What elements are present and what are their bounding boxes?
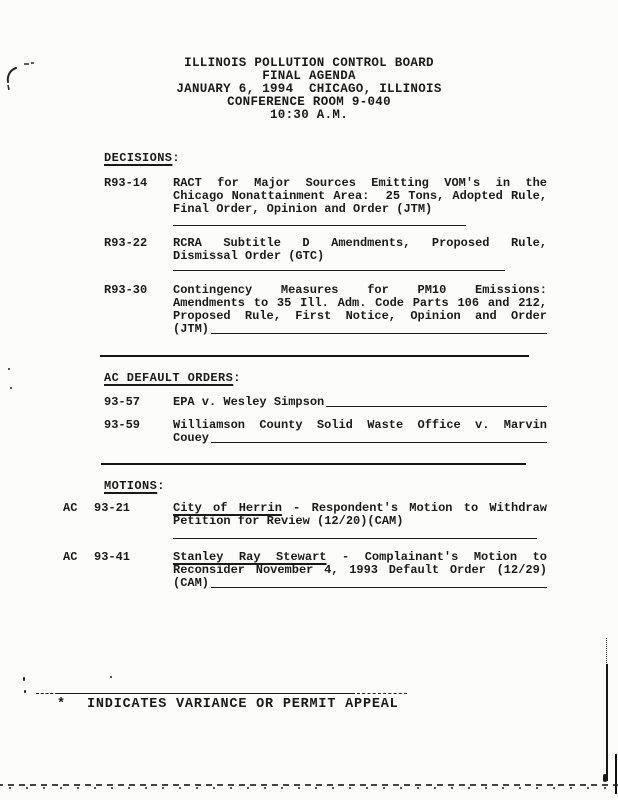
heading-colon: : (157, 479, 165, 493)
entry-description: RCRA Subtitle D Amendments, Proposed Rul… (173, 237, 547, 263)
case-type-code: AC (63, 502, 77, 515)
entry-line-text: EPA v. Wesley Simpson (173, 396, 324, 409)
scan-speck (110, 676, 112, 678)
footer-rule-dashes (357, 693, 407, 694)
entry-line-text: Couey (173, 432, 209, 445)
entry-line-text: (JTM) (173, 323, 209, 336)
entry-line: Reconsider November 4, 1993 Default Orde… (173, 564, 547, 577)
party-name: Stanley Ray Stewart (173, 550, 326, 564)
entry-signature-rule (211, 333, 547, 334)
docket-number: 93-21 (94, 502, 130, 515)
header-line: 10:30 A.M. (0, 109, 618, 122)
entry-description: EPA v. Wesley Simpson (173, 396, 547, 409)
case-type-code: AC (63, 551, 77, 564)
docket-number: R93-14 (104, 177, 147, 190)
entry-description: Contingency Measures for PM10 Emissions:… (173, 284, 547, 336)
entry-line: Proposed Rule, First Notice, Opinion and… (173, 310, 547, 323)
docket-number: R93-30 (104, 284, 147, 297)
entry-description: RACT for Major Sources Emitting VOM's in… (173, 177, 547, 216)
section-heading-ac-default-orders: AC DEFAULT ORDERS: (104, 372, 241, 385)
scan-speck (24, 690, 26, 693)
scan-noise-band (0, 784, 618, 790)
entry-line: Williamson County Solid Waste Office v. … (173, 419, 547, 432)
document-header: ILLINOIS POLLUTION CONTROL BOARD FINAL A… (0, 57, 618, 122)
agenda-document-page: ILLINOIS POLLUTION CONTROL BOARD FINAL A… (0, 0, 618, 800)
entry-line: Dismissal Order (GTC) (173, 250, 547, 263)
party-name: City of Herrin (173, 501, 282, 515)
entry-line: Final Order, Opinion and Order (JTM) (173, 203, 547, 216)
heading-text: DECISIONS (104, 151, 172, 165)
entry-signature-rule (173, 270, 505, 271)
entry-line: (CAM) (173, 577, 547, 590)
scan-speck (23, 677, 25, 681)
footer-rule (58, 693, 355, 694)
entry-description: City of Herrin - Respondent's Motion to … (173, 502, 547, 528)
heading-text: AC DEFAULT ORDERS (104, 371, 233, 385)
scan-speck (10, 387, 12, 389)
entry-line-text: (CAM) (173, 577, 209, 590)
entry-signature-rule (211, 442, 547, 443)
heading-colon: : (233, 371, 241, 385)
docket-number: 93-59 (104, 419, 140, 432)
scan-scratch-line (606, 664, 608, 781)
entry-signature-rule (211, 587, 547, 588)
entry-signature-rule (173, 225, 466, 226)
entry-signature-rule (326, 406, 547, 407)
heading-colon: : (172, 151, 180, 165)
docket-number: 93-41 (94, 551, 130, 564)
entry-line: Petition for Review (12/20)(CAM) (173, 515, 547, 528)
entry-line: (JTM) (173, 323, 547, 336)
scan-speck (8, 368, 10, 370)
docket-number: 93-57 (104, 396, 140, 409)
pen-mark (2, 56, 38, 94)
docket-number: R93-22 (104, 237, 147, 250)
scan-scratch-blob (603, 774, 607, 782)
entry-description: Stanley Ray Stewart - Complainant's Moti… (173, 551, 547, 590)
section-separator-line (101, 463, 526, 465)
footnote-text: INDICATES VARIANCE OR PERMIT APPEAL (87, 698, 399, 711)
entry-description: Williamson County Solid Waste Office v. … (173, 419, 547, 445)
entry-line-text: - Respondent's Motion to Withdraw (282, 501, 547, 515)
section-heading-motions: MOTIONS: (104, 480, 165, 493)
entry-line: Couey (173, 432, 547, 445)
heading-text: MOTIONS (104, 479, 157, 493)
scan-scratch-dotted (606, 638, 607, 665)
footnote-symbol: * (57, 698, 66, 711)
footer-rule-dashes (36, 693, 58, 694)
entry-line-text: - Complainant's Motion to (326, 550, 547, 564)
entry-signature-rule (173, 538, 537, 539)
entry-line: EPA v. Wesley Simpson (173, 396, 547, 409)
section-separator-line (100, 355, 529, 357)
section-heading-decisions: DECISIONS: (104, 152, 180, 165)
